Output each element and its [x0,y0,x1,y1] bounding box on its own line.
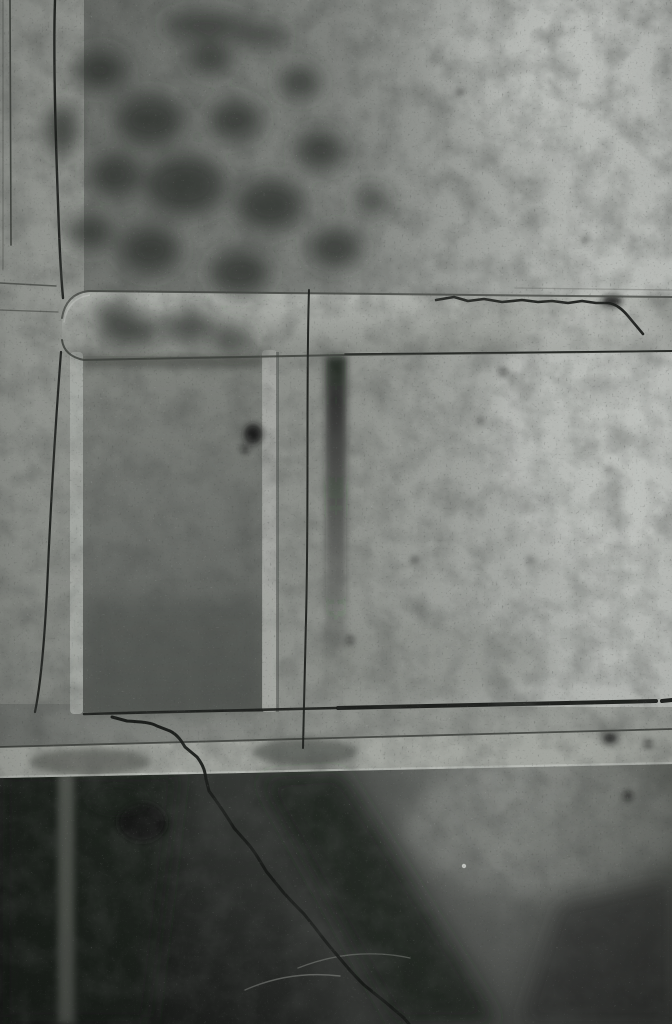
wall-photograph [0,0,672,1024]
wall-photo-svg [0,0,672,1024]
vignette [0,0,672,1024]
